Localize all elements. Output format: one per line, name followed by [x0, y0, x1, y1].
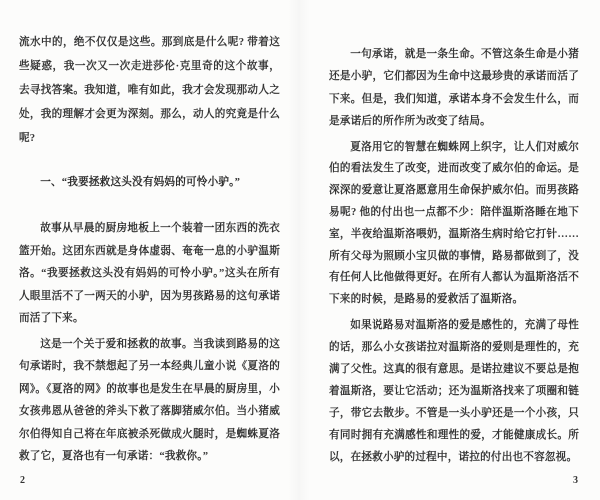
page-gutter-shading — [288, 0, 310, 500]
left-page-paragraph-continuation: 流水中的，绝不仅仅是这些。那到底是什么呢? 带着这些疑惑，我一次又一次走进莎伦·… — [19, 31, 280, 151]
right-page-paragraph-charlotte-louie: 夏洛用它的智慧在蜘蛛网上织字，让人们对威尔伯的看法发生了改变，进而改变了威尔伯的… — [329, 137, 579, 311]
right-page: 一句承诺，就是一条生命。不管这条生命是小猪还是小驴，它们都因为生命中这最珍贵的承… — [329, 44, 579, 469]
right-page-paragraph-promise: 一句承诺，就是一条生命。不管这条生命是小猪还是小驴，它们都因为生命中这最珍贵的承… — [329, 44, 579, 134]
right-page-paragraph-nora: 如果说路易对温斯洛的爱是感性的，充满了母性的话，那么小女孩诺拉对温斯洛的爱则是理… — [329, 315, 579, 469]
left-page: 流水中的，绝不仅仅是这些。那到底是什么呢? 带着这些疑惑，我一次又一次走进莎伦·… — [19, 31, 280, 469]
book-spread: 流水中的，绝不仅仅是这些。那到底是什么呢? 带着这些疑惑，我一次又一次走进莎伦·… — [0, 0, 600, 500]
right-page-number: 3 — [573, 475, 578, 486]
left-page-number: 2 — [20, 475, 25, 486]
left-page-paragraph-story-start: 故事从早晨的厨房地板上一个装着一团东西的洗衣篮开始。这团东西就是身体虚弱、奄奄一… — [19, 218, 280, 331]
section-heading: 一、“我要拯救这头没有妈妈的可怜小驴。” — [19, 171, 280, 195]
left-page-paragraph-charlottes-web: 这是一个关于爱和拯救的故事。当我读到路易的这句承诺时，我不禁想起了另一本经典儿童… — [19, 334, 280, 469]
